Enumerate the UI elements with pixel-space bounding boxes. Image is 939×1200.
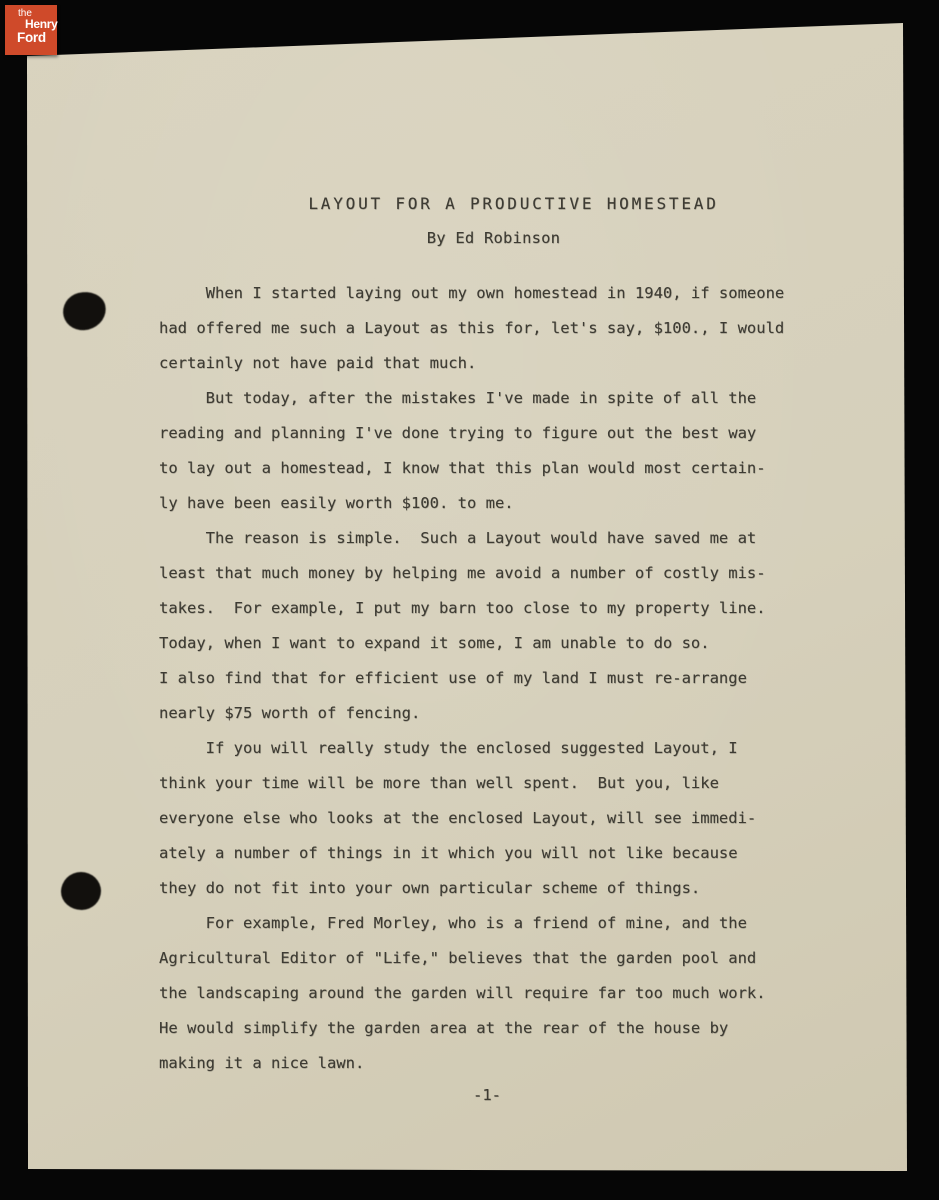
typed-line: making it a nice lawn. <box>159 1046 784 1081</box>
typed-line: Today, when I want to expand it some, I … <box>159 626 784 661</box>
typed-line: I also find that for efficient use of my… <box>159 661 784 696</box>
typed-line: ly have been easily worth $100. to me. <box>159 486 784 521</box>
typed-line: nearly $75 worth of fencing. <box>159 696 784 731</box>
document-heading: LAYOUT FOR A PRODUCTIVE HOMESTEAD By Ed … <box>160 193 867 248</box>
document-byline: By Ed Robinson <box>140 228 847 248</box>
typed-line: the landscaping around the garden will r… <box>159 976 784 1011</box>
typed-line: When I started laying out my own homeste… <box>159 276 784 311</box>
logo-text-ford: Ford <box>17 31 46 44</box>
document-body: When I started laying out my own homeste… <box>159 276 784 1081</box>
typed-line: least that much money by helping me avoi… <box>159 556 784 591</box>
hole-punch-bottom <box>61 872 101 910</box>
typed-line: For example, Fred Morley, who is a frien… <box>159 906 784 941</box>
typed-line: The reason is simple. Such a Layout woul… <box>159 521 784 556</box>
document-page: LAYOUT FOR A PRODUCTIVE HOMESTEAD By Ed … <box>0 0 939 1200</box>
document-title: LAYOUT FOR A PRODUCTIVE HOMESTEAD <box>160 193 867 215</box>
henry-ford-logo: the Henry Ford <box>5 5 57 55</box>
typed-line: everyone else who looks at the enclosed … <box>159 801 784 836</box>
typed-line: had offered me such a Layout as this for… <box>159 311 784 346</box>
page-number: -1- <box>160 1086 814 1104</box>
typed-line: reading and planning I've done trying to… <box>159 416 784 451</box>
typed-line: they do not fit into your own particular… <box>159 871 784 906</box>
typed-line: He would simplify the garden area at the… <box>159 1011 784 1046</box>
typed-line: If you will really study the enclosed su… <box>159 731 784 766</box>
typed-line: ately a number of things in it which you… <box>159 836 784 871</box>
typed-line: Agricultural Editor of "Life," believes … <box>159 941 784 976</box>
typed-line: takes. For example, I put my barn too cl… <box>159 591 784 626</box>
logo-text-henry: Henry <box>25 18 58 30</box>
typed-line: But today, after the mistakes I've made … <box>159 381 784 416</box>
typed-line: think your time will be more than well s… <box>159 766 784 801</box>
hole-punch-top <box>59 287 110 334</box>
typed-line: to lay out a homestead, I know that this… <box>159 451 784 486</box>
scan-background: LAYOUT FOR A PRODUCTIVE HOMESTEAD By Ed … <box>0 0 939 1200</box>
typed-line: certainly not have paid that much. <box>159 346 784 381</box>
